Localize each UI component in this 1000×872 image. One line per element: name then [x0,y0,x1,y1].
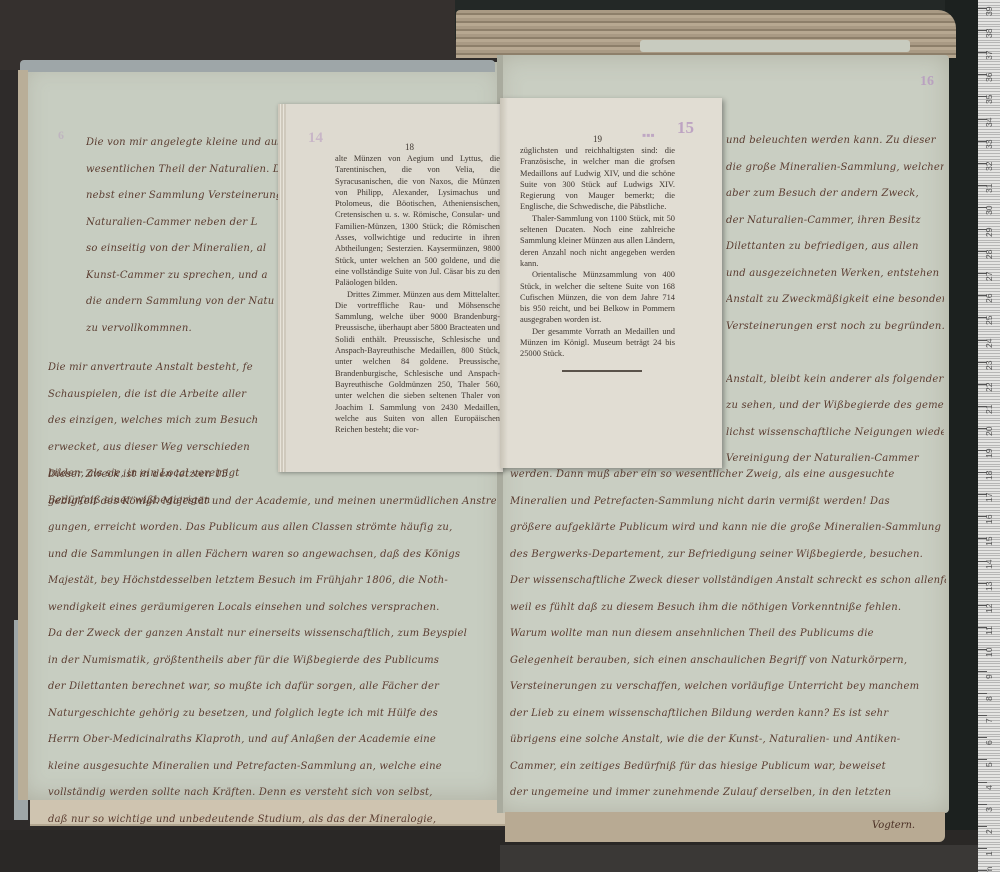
paragraph: Der gesammte Vorrath an Medaillen und Mü… [520,326,675,360]
ruler-label: 31 [984,177,994,193]
ruler-label: 6 [984,729,994,745]
handwriting-left-top: Die von mir angelegte kleine und aus wes… [86,130,280,342]
leaflet-fold [500,98,508,468]
ruler-label: 37 [984,44,994,60]
ruler-label: 16 [984,508,994,524]
folio-mark-left: 6 [58,128,64,143]
ruler-label: 4 [984,774,994,790]
page-stamp-right: 15 [677,118,694,138]
printed-text-left: alte Münzen von Aegium und Lyttus, die T… [335,153,500,435]
background-bottom-right [500,845,980,872]
ruler-label: 2 [984,818,994,834]
paragraph: Drittes Zimmer. Münzen aus dem Mittelalt… [335,289,500,436]
background-right-edge [945,0,980,872]
ruler-label: 11 [984,619,994,635]
ruler-label: 24 [984,332,994,348]
leaflet-page-edges [278,104,286,472]
folio-mark-right: 16 [920,74,934,90]
ruler-label: 22 [984,376,994,392]
ruler-label: cm [984,862,994,872]
ruler-label: 3 [984,796,994,812]
ruler-label: 13 [984,575,994,591]
page-stamp-left: 14 [308,130,323,147]
page-number-right: 19 [593,134,602,144]
ruler-label: 15 [984,530,994,546]
ruler-label: 38 [984,22,994,38]
page-edge-strip [640,40,910,52]
ruler-label: 1 [984,840,994,856]
handwriting-right-top: und beleuchten werden kann. Zu dieser di… [726,128,944,473]
ruler-label: 25 [984,309,994,325]
paragraph: züglichsten und reichhaltigsten sind: di… [520,145,675,213]
ruler-label: 23 [984,354,994,370]
paragraph: alte Münzen von Aegium und Lyttus, die T… [335,153,500,289]
ruler-label: 18 [984,464,994,480]
ruler-label: 8 [984,685,994,701]
ruler-label: 29 [984,221,994,237]
ruler-label: 27 [984,265,994,281]
page-left-edge [18,70,28,800]
ruler-label: 34 [984,111,994,127]
handwriting-right-bottom: werden. Dann muß aber ein so wesentliche… [510,462,946,807]
paragraph: Thaler-Sammlung von 1100 Stück, mit 50 s… [520,213,675,269]
ruler-label: 26 [984,287,994,303]
ruler-label: 21 [984,398,994,414]
ruler-label: 28 [984,243,994,259]
ruler-label: 9 [984,663,994,679]
ruler-label: 36 [984,66,994,82]
binding-tape-top [20,60,495,72]
page-stamp-right-faint: ▪▪▪ [642,128,655,143]
ruler-label: 7 [984,707,994,723]
printed-end-rule [562,370,642,372]
ruler-label: 33 [984,133,994,149]
ruler-label: 39 [984,0,994,16]
ruler-label: 5 [984,751,994,767]
ruler-label: 14 [984,553,994,569]
ruler-label: 32 [984,155,994,171]
ruler-label: 20 [984,420,994,436]
ruler-label: 19 [984,442,994,458]
printed-text-right: züglichsten und reichhaltigsten sind: di… [520,145,675,360]
ruler-label: 10 [984,641,994,657]
paragraph: Orientalische Münzsammlung von 400 Stück… [520,269,675,325]
handwriting-left-bottom: Dieser Zweck ist in den letzten 15 gebig… [48,462,496,833]
ruler-label: 30 [984,199,994,215]
ruler-label: 17 [984,486,994,502]
signature: Vogtern. [872,820,915,831]
ruler-label: 12 [984,597,994,613]
ruler-label: 35 [984,88,994,104]
page-number-left: 18 [405,142,414,152]
